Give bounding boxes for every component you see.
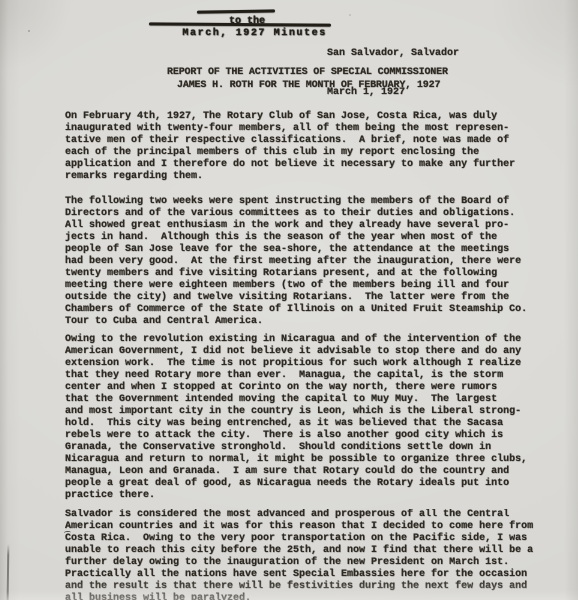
overstrike-correction-mark [64,531,71,536]
paragraph-inauguration: On February 4th, 1927, The Rotary Club o… [65,111,547,183]
report-title-line-2: JAMES H. ROTH FOR THE MONTH OF FEBRUARY,… [177,80,440,92]
paragraph-salvador: Salvador is considered the most advanced… [65,509,547,600]
strikethrough-pen-mark [197,9,275,13]
struck-text: March, 1927 Minutes [182,28,326,40]
paragraph-nicaragua: Owing to the revolution existing in Nica… [65,334,547,502]
paper-speckle [28,30,30,32]
strikethrough-pen-mark [149,22,331,26]
dateline-location: San Salvador, Salvador [327,47,459,60]
paragraph-instruction-meetings: The following two weeks were spent instr… [65,196,547,328]
document-page: to the March, 1927 Minutes San Salvador,… [0,0,578,600]
report-body: On February 4th, 1927, The Rotary Club o… [65,111,547,600]
scan-crease-line [7,544,9,600]
paper-speckle [349,14,351,16]
report-title-line-1: REPORT OF THE ACTIVITIES OF SPECIAL COMM… [167,67,448,79]
struck-heading-line-2: March, 1927 Minutes [152,16,327,64]
